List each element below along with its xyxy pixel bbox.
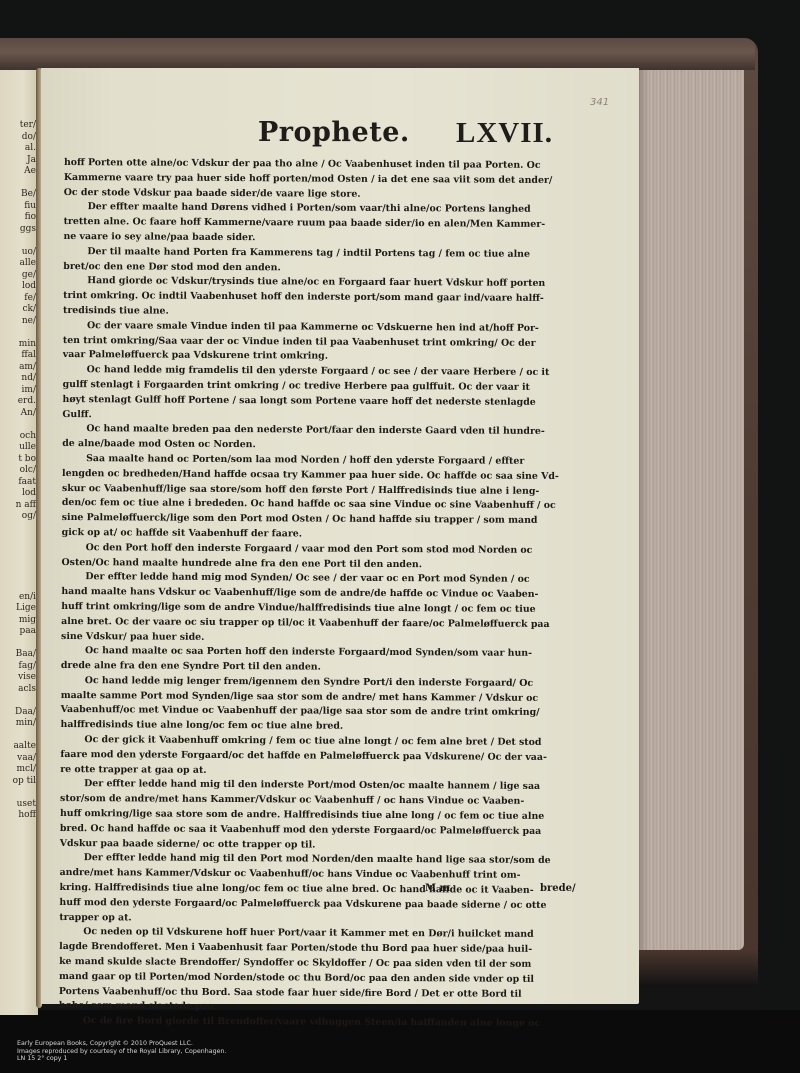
handwritten-folio-number: 341: [590, 97, 609, 108]
paragraph: Hand giorde oc Vdskur/trysinds tiue alne…: [63, 274, 563, 321]
catchword: brede/: [540, 883, 576, 894]
book-cover-top-edge: [0, 38, 755, 70]
leaf-number: LXVII.: [456, 117, 553, 150]
text-line: Oc de fire Bord giorde til Brendoffer/va…: [59, 1014, 559, 1032]
paragraph: Oc hand ledde mig lenger frem/igennem de…: [60, 674, 560, 736]
paragraph: Der effter ledde hand mig til den Port m…: [59, 851, 559, 928]
text-line: høyt stenlagt Gulff hoff Portene / saa l…: [62, 393, 562, 411]
copyright-caption: Early European Books, Copyright © 2010 P…: [17, 1040, 226, 1063]
paragraph: Der til maalte hand Porten fra Kammerens…: [63, 245, 563, 278]
paragraph: Der effter maalte hand Dørens vidhed i P…: [63, 200, 563, 247]
body-text: hoff Porten otte alne/oc Vdskur der paa …: [59, 156, 564, 1032]
signature-mark: M m: [425, 883, 450, 894]
scan-image-area: ter/ do/ al. Ja Ae Be/ fiu fio ggs uo/ a…: [0, 0, 800, 1010]
caption-line-copyright: Early European Books, Copyright © 2010 P…: [17, 1040, 226, 1048]
page-fore-edge: [636, 70, 744, 950]
paragraph: Der effter ledde hand mig til den inders…: [60, 777, 560, 854]
running-head: Prophete.: [258, 117, 410, 148]
paragraph: Oc de fire Bord giorde til Brendoffer/va…: [59, 1014, 559, 1032]
paragraph: Saa maalte hand oc Porten/som laa mod No…: [62, 452, 563, 544]
caption-line-shelfmark: LN 15 2° copy 1: [17, 1055, 226, 1063]
paragraph: Oc hand ledde mig framdelis til den yder…: [62, 363, 562, 425]
paragraph: Oc den Port hoff den inderste Forgaard /…: [61, 541, 561, 574]
paragraph: Oc neden op til Vdskurene hoff huer Port…: [59, 925, 560, 1017]
paragraph: Oc hand maalte oc saa Porten hoff den in…: [61, 644, 561, 677]
paragraph: Der effter ledde hand mig mod Synden/ Oc…: [61, 570, 561, 647]
paragraph: hoff Porten otte alne/oc Vdskur der paa …: [64, 156, 564, 203]
paragraph: Oc hand maalte breden paa den nederste P…: [62, 422, 562, 455]
paragraph: Oc der vaare smale Vindue inden til paa …: [63, 319, 563, 366]
text-line: huff mod den yderste Forgaard/oc Palmelø…: [59, 896, 559, 914]
left-page-text-fragments: ter/ do/ al. Ja Ae Be/ fiu fio ggs uo/ a…: [2, 120, 36, 822]
paragraph: Oc der gick it Vaabenhuff omkring / fem …: [60, 733, 560, 780]
left-page-sliver: ter/ do/ al. Ja Ae Be/ fiu fio ggs uo/ a…: [0, 70, 38, 1015]
